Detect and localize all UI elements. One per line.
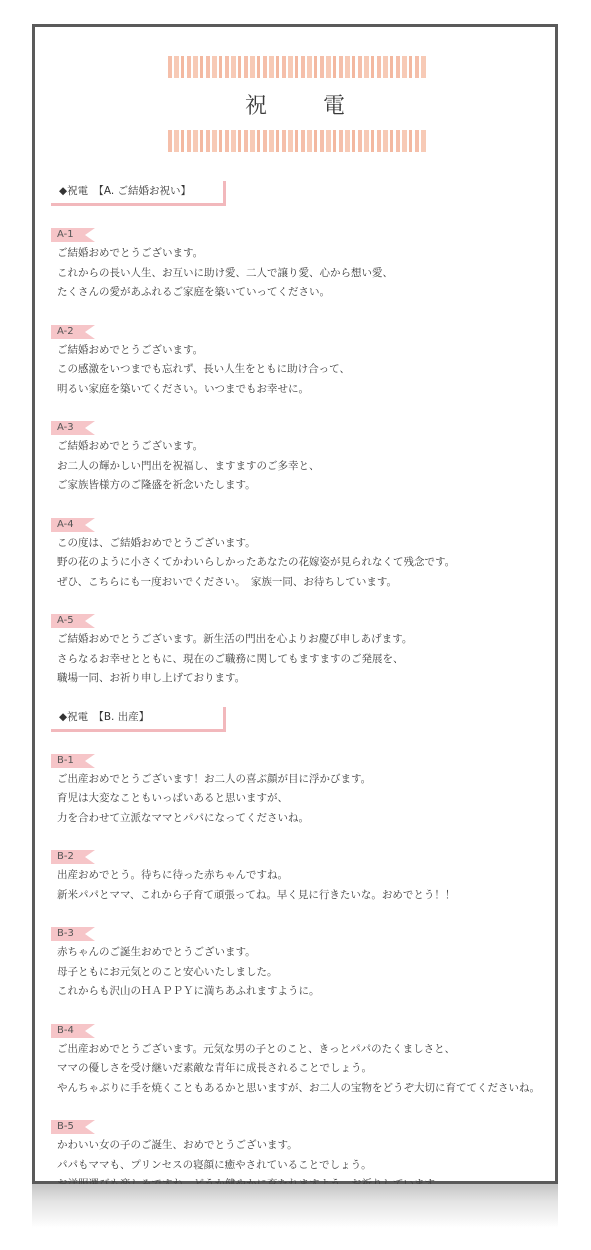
message-text: ご結婚おめでとうございます。 お二人の輝かしい門出を祝福し、ますますのご多幸と、… [57, 437, 551, 496]
message-line: ママの優しさを受け継いだ素敵な青年に成長されることでしょう。 [57, 1059, 551, 1079]
message-entry-b1: B-1 ご出産おめでとうございます！お二人の喜ぶ顔が目に浮かびます。 育児は大変… [51, 748, 551, 829]
document-title: 祝電 [35, 89, 555, 120]
message-id-badge: A-2 [51, 325, 85, 339]
document-frame: 祝電 ◆祝電 【A. ご結婚お祝い】 A-1 ご結婚おめでとうございます。 これ… [32, 24, 558, 1184]
message-entry-a5: A-5 ご結婚おめでとうございます。新生活の門出を心よりお慶び申しあげます。 さ… [51, 608, 551, 689]
message-text: この度は、ご結婚おめでとうございます。 野の花のように小さくてかわいらしかったあ… [57, 534, 551, 593]
message-entry-a4: A-4 この度は、ご結婚おめでとうございます。 野の花のように小さくてかわいらし… [51, 512, 551, 593]
message-entry-b4: B-4 ご出産おめでとうございます。元気な男の子とのこと、きっとパパのたくましさ… [51, 1018, 551, 1099]
message-line: 野の花のように小さくてかわいらしかったあなたの花嫁姿が見られなくて残念です。 [57, 553, 551, 573]
message-line: ご結婚おめでとうございます。 [57, 244, 551, 264]
section-birth: ◆祝電 【B. 出産】 B-1 ご出産おめでとうございます！お二人の喜ぶ顔が目に… [51, 703, 551, 1195]
title-char-1: 祝 [245, 89, 267, 120]
message-line: やんちゃぶりに手を焼くこともあるかと思いますが、お二人の宝物をどうぞ大切に育てて… [57, 1079, 551, 1099]
message-line: ご出産おめでとうございます！お二人の喜ぶ顔が目に浮かびます。 [57, 770, 551, 790]
message-id-badge: B-2 [51, 850, 85, 864]
document-content: ◆祝電 【A. ご結婚お祝い】 A-1 ご結婚おめでとうございます。 これからの… [51, 177, 551, 1195]
message-text: 出産おめでとう。待ちに待った赤ちゃんですね。 新米パパとママ、これから子育て頑張… [57, 866, 551, 905]
message-id-badge: B-4 [51, 1024, 85, 1038]
message-line: 新米パパとママ、これから子育て頑張ってね。早く見に行きたいな。おめでとう！！ [57, 886, 551, 906]
title-char-2: 電 [323, 89, 345, 120]
message-text: 赤ちゃんのご誕生おめでとうございます。 母子ともにお元気とのこと安心いたしました… [57, 943, 551, 1002]
message-line: 育児は大変なこともいっぱいあると思いますが、 [57, 789, 551, 809]
message-line: さらなるお幸せとともに、現在のご職務に関してもますますのご発展を、 [57, 650, 551, 670]
message-line: ご結婚おめでとうございます。新生活の門出を心よりお慶び申しあげます。 [57, 630, 551, 650]
message-line: 母子ともにお元気とのこと安心いたしました。 [57, 963, 551, 983]
message-line: ご出産おめでとうございます。元気な男の子とのこと、きっとパパのたくましさと、 [57, 1040, 551, 1060]
message-text: ご結婚おめでとうございます。 この感激をいつまでも忘れず、長い人生をともに助け合… [57, 341, 551, 400]
message-line: この感激をいつまでも忘れず、長い人生をともに助け合って、 [57, 360, 551, 380]
message-entry-a2: A-2 ご結婚おめでとうございます。 この感激をいつまでも忘れず、長い人生をとも… [51, 319, 551, 400]
message-line: かわいい女の子のご誕生、おめでとうございます。 [57, 1136, 551, 1156]
message-line: パパもママも、プリンセスの寝顔に癒やされていることでしょう。 [57, 1156, 551, 1176]
message-entry-b3: B-3 赤ちゃんのご誕生おめでとうございます。 母子ともにお元気とのこと安心いた… [51, 921, 551, 1002]
message-line: 職場一同、お祈り申し上げております。 [57, 669, 551, 689]
message-entry-a3: A-3 ご結婚おめでとうございます。 お二人の輝かしい門出を祝福し、ますますのご… [51, 415, 551, 496]
message-id-badge: A-3 [51, 421, 85, 435]
message-line: お二人の輝かしい門出を祝福し、ますますのご多幸と、 [57, 457, 551, 477]
message-line: これからの長い人生、お互いに助け愛、二人で譲り愛、心から想い愛、 [57, 264, 551, 284]
message-text: ご出産おめでとうございます！お二人の喜ぶ顔が目に浮かびます。 育児は大変なことも… [57, 770, 551, 829]
message-line: ご結婚おめでとうございます。 [57, 437, 551, 457]
message-entry-a1: A-1 ご結婚おめでとうございます。 これからの長い人生、お互いに助け愛、二人で… [51, 222, 551, 303]
decorative-stripe-bottom [168, 130, 426, 152]
section-heading: ◆祝電 【B. 出産】 [51, 707, 226, 732]
message-line: この度は、ご結婚おめでとうございます。 [57, 534, 551, 554]
message-line: ご家族皆様方のご隆盛を祈念いたします。 [57, 476, 551, 496]
message-line: これからも沢山のＨＡＰＰＹに満ちあふれますように。 [57, 982, 551, 1002]
message-id-badge: A-1 [51, 228, 85, 242]
message-text: ご結婚おめでとうございます。新生活の門出を心よりお慶び申しあげます。 さらなるお… [57, 630, 551, 689]
message-line: 赤ちゃんのご誕生おめでとうございます。 [57, 943, 551, 963]
message-line: 力を合わせて立派なママとパパになってくださいね。 [57, 809, 551, 829]
frame-reflection-shadow [32, 1184, 558, 1228]
message-id-badge: B-5 [51, 1120, 85, 1134]
message-line: たくさんの愛があふれるご家庭を築いていってください。 [57, 283, 551, 303]
message-id-badge: B-1 [51, 754, 85, 768]
message-id-badge: A-4 [51, 518, 85, 532]
message-line: ご結婚おめでとうございます。 [57, 341, 551, 361]
section-heading: ◆祝電 【A. ご結婚お祝い】 [51, 181, 226, 206]
message-line: 明るい家庭を築いてください。いつまでもお幸せに。 [57, 380, 551, 400]
message-entry-b2: B-2 出産おめでとう。待ちに待った赤ちゃんですね。 新米パパとママ、これから子… [51, 844, 551, 905]
message-line: ぜひ、こちらにも一度おいでください。 家族一同、お待ちしています。 [57, 573, 551, 593]
document-header: 祝電 [35, 27, 555, 157]
message-text: ご結婚おめでとうございます。 これからの長い人生、お互いに助け愛、二人で譲り愛、… [57, 244, 551, 303]
message-text: ご出産おめでとうございます。元気な男の子とのこと、きっとパパのたくましさと、 マ… [57, 1040, 551, 1099]
decorative-stripe-top [168, 56, 426, 78]
message-line: 出産おめでとう。待ちに待った赤ちゃんですね。 [57, 866, 551, 886]
message-entry-b5: B-5 かわいい女の子のご誕生、おめでとうございます。 パパもママも、プリンセス… [51, 1114, 551, 1195]
section-wedding: ◆祝電 【A. ご結婚お祝い】 A-1 ご結婚おめでとうございます。 これからの… [51, 177, 551, 689]
message-id-badge: A-5 [51, 614, 85, 628]
message-id-badge: B-3 [51, 927, 85, 941]
